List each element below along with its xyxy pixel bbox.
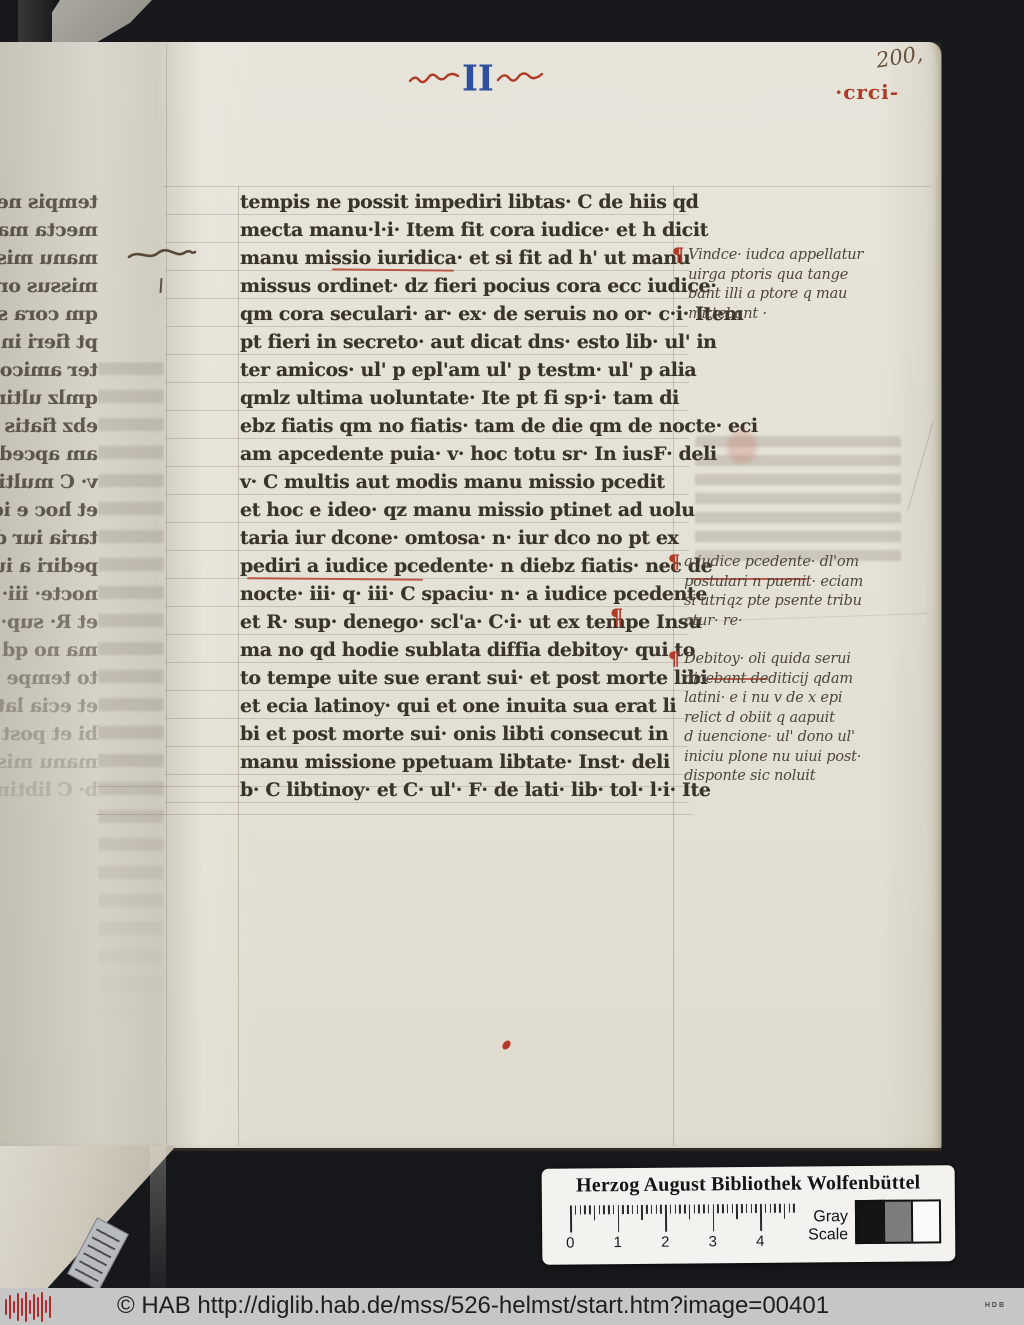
marginal-note-line: uirga ptoris qua tange [688,266,863,286]
marginal-note-line: Vindce· iudca appellatur [688,246,863,266]
manuscript-text-line: b· C libtinoy· et C· ul'· F· de lati· li… [240,776,692,804]
ruler-tick [655,1205,657,1214]
running-header: II [408,56,558,102]
ruler-tick [765,1204,767,1213]
scan-stage: tempis ne possit impediri libtas· C de h… [0,0,1024,1325]
ruler-number: 0 [563,1234,577,1251]
logo-bar [41,1292,43,1322]
ruling-line-vertical-left [238,186,239,1146]
showthrough-text-line: et R· sup· denego· scl'a· C·i· ut ex tem… [0,608,98,636]
showthrough-text-line: missus ordinet· dz fieri pocius cora ecc… [0,272,98,300]
gray-scale-label: Gray Scale [770,1208,848,1245]
marginal-note-line: Debitoy· oli quida serui [684,650,861,670]
ruler-tick [727,1204,729,1213]
ruler-tick [712,1204,714,1231]
ruler-tick [579,1205,581,1214]
ruler-tick [670,1205,672,1214]
ruler-tick [679,1205,681,1214]
marginal-note-line: disponte sic noluit [684,767,861,787]
ruler-tick [741,1204,743,1213]
adjacent-leaf-shadow [18,0,54,44]
ruler-tick [717,1204,719,1213]
ruler-tick [760,1204,762,1231]
manuscript-text-line: mecta manu·l·i· Item fit cora iudice· et… [240,216,692,244]
ruler-ticks [570,1204,800,1236]
red-ink-dot [501,1039,513,1051]
ruler-tick [632,1205,634,1214]
manuscript-text-line: am apcedente puia· v· hoc totu sr· In iu… [240,440,692,468]
showthrough-text-line: manu missione ppetuam libtate· Inst· del… [0,748,98,776]
footer-bar: © HAB http://diglib.hab.de/mss/526-helms… [0,1288,1024,1325]
ruler-number: 3 [706,1233,720,1250]
main-text-block: tempis ne possit impediri libtas· C de h… [240,188,692,804]
showthrough-text-line: am apcedente puia· v· hoc totu sr· In iu… [0,440,98,468]
marginal-note: ¶a iudice pcedente· dl'ompostulari n pue… [668,553,908,631]
ruler-tick [722,1204,724,1213]
ruling-line-extended [95,814,693,815]
adjacent-leaf-corner [52,0,152,44]
ruler-tick [755,1204,757,1213]
gray-scale-patch-white [911,1199,941,1243]
paragraph-mark: ¶ [672,246,684,265]
ruler-tick [598,1205,600,1214]
showthrough-inner-strip [98,362,164,1022]
gray-scale-patch-black [855,1200,885,1244]
ruler-tick [636,1205,638,1214]
hab-logo [5,1291,51,1322]
showthrough-text-line: et hoc e ideo· qz manu missio ptinet ad … [0,496,98,524]
ruler-tick [708,1204,710,1213]
marginal-note-line: iniciu plone nu uiui post· [684,748,861,768]
ruler-tick [750,1204,752,1213]
manuscript-text-line: tempis ne possit impediri libtas· C de h… [240,188,692,216]
manuscript-text-line: ma no qd hodie sublata diffia debitoy· q… [240,636,692,664]
logo-bar [17,1293,19,1321]
ruler-tick [613,1205,615,1214]
logo-bar [5,1299,7,1315]
ruler-tick [594,1205,596,1220]
ruler-tick [674,1205,676,1214]
ruler-tick [651,1205,653,1214]
showthrough-text-line: ter amicos· ul' p epl'am ul' p testm· ul… [0,356,98,384]
showthrough-verso-text [695,436,901,564]
manuscript-text-line: pediri a iudice pcedente· n diebz fiatis… [240,552,692,580]
marginal-note-line: d iuencione· ul' dono ul' [684,728,861,748]
showthrough-text-line: qm cora seculari· ar· ex· de seruis no o… [0,300,98,328]
reference-ruler-card: Herzog August Bibliothek Wolfenbüttel 01… [542,1165,956,1265]
manuscript-text-line: pt fieri in secreto· aut dicat dns· esto… [240,328,692,356]
ruler-tick [584,1205,586,1214]
manuscript-text-line: ebz fiatis qm no fiatis· tam de die qm d… [240,412,692,440]
ruler-number: 1 [611,1234,625,1251]
ruler-tick [570,1206,572,1233]
ruler-tick [693,1204,695,1213]
manuscript-text-line: et R· sup· denego· scl'a· C·i· ut ex tem… [240,608,692,636]
manuscript-text-line: qmlz ultima uoluntate· Ite pt fi sp·i· t… [240,384,692,412]
logo-bar [29,1300,31,1314]
manuscript-text-line: to tempe uite sue erant sui· et post mor… [240,664,692,692]
ruling-line-top [163,186,931,187]
manuscript-text-line: et hoc e ideo· qz manu missio ptinet ad … [240,496,692,524]
logo-bar [13,1301,15,1313]
manuscript-text-line: et ecia latinoy· qui et one inuita sua e… [240,692,692,720]
manuscript-text-line: manu missione ppetuam libtate· Inst· del… [240,748,692,776]
showthrough-text-line: v· C multis aut modis manu missio pcedit [0,468,98,496]
ruler-tick [731,1204,733,1213]
ruler-tick [684,1205,686,1214]
pen-mark [126,246,198,264]
ruler-tick [703,1204,705,1213]
copyright-url: © HAB http://diglib.hab.de/mss/526-helms… [117,1292,829,1320]
ruler-number: 4 [753,1233,767,1250]
manuscript-text-line: ter amicos· ul' p epl'am ul' p testm· ul… [240,356,692,384]
showthrough-text-line: bi et post morte sui· onis libti consecu… [0,720,98,748]
marginal-note-text: Debitoy· oli quida seruidicebant deditic… [684,650,861,787]
ruler-tick [689,1205,691,1220]
manuscript-text-line: missus ordinet· dz fieri pocius cora ecc… [240,272,692,300]
ruler-tick [698,1204,700,1213]
ruler-tick [641,1205,643,1220]
ruler-tick [736,1204,738,1219]
gray-scale-patch-gray [883,1200,913,1244]
ruler-tick [660,1205,662,1214]
showthrough-text-line: to tempe uite sue erant sui· et post mor… [0,664,98,692]
red-flourish-right [496,68,544,90]
manuscript-text-line: qm cora seculari· ar· ex· de seruis no o… [240,300,692,328]
marginal-note-line: mittebant · [688,305,863,325]
logo-bar [45,1300,47,1313]
logo-bar [49,1296,51,1318]
ruler-tick [603,1205,605,1214]
running-header-numeral: II [462,61,494,97]
paragraph-mark: ¶ [668,553,680,572]
marginal-note-line: dicebant dediticij qdam [684,670,861,690]
showthrough-text-line: nocte· iii· q· iii· C spaciu· n· a iudic… [0,580,98,608]
showthrough-text-line: tempis ne possit impediri libtas· C de h… [0,188,98,216]
marginal-note-line: relict d obiit q aapuit [684,709,861,729]
ruler-tick [627,1205,629,1214]
showthrough-text-line: mecta manu·l·i· Item fit cora iudice· et… [0,216,98,244]
ruler-tick [665,1205,667,1232]
marginal-note: ¶Vindce· iudca appellaturuirga ptoris qu… [672,246,912,324]
marginal-note: ¶Debitoy· oli quida seruidicebant dediti… [668,650,908,787]
manuscript-text-line: v· C multis aut modis manu missio pcedit [240,468,692,496]
manuscript-text-line: manu missio iuridica· et si fit ad h' ut… [240,244,692,272]
marginal-note-text: a iudice pcedente· dl'ompostulari n puen… [684,553,863,631]
showthrough-text-line: ebz fiatis qm no fiatis· tam de die qm d… [0,412,98,440]
ruler-tick [622,1205,624,1214]
marginal-note-line: latini· e i nu v de x epi [684,689,861,709]
showthrough-text-line: pt fieri in secreto· aut dicat dns· esto… [0,328,98,356]
paragraph-mark: ¶ [668,650,680,669]
fold-crease-line [166,44,167,1144]
marginal-note-line: si utriqz pte psente tribu [684,592,863,612]
marginal-note-text: Vindce· iudca appellaturuirga ptoris qua… [688,246,863,324]
marginal-note-line: postulari n puenit· eciam [684,573,863,593]
marginal-note-line: bant illi a ptore q mau [688,285,863,305]
manuscript-text-line: nocte· iii· q· iii· C spaciu· n· a iudic… [240,580,692,608]
manuscript-page: tempis ne possit impediri libtas· C de h… [0,42,942,1148]
showthrough-text-line: taria iur dcone· omtosa· n· iur dco no p… [0,524,98,552]
ruler-tick [575,1206,577,1215]
light-streak [150,1146,166,1288]
logo-bar [37,1297,39,1317]
showthrough-text-line: b· C libtinoy· et C· ul'· F· de lati· li… [0,776,98,804]
ruler-tick [589,1205,591,1214]
ruler-tick [646,1205,648,1214]
showthrough-text-line: pediri a iudice pcedente· n diebz fiatis… [0,552,98,580]
folio-number-roman: ·crci- [835,80,899,104]
showthrough-text-line: et ecia latinoy· qui et one inuita sua e… [0,692,98,720]
ruler-tick [746,1204,748,1213]
ruler-tick [617,1205,619,1232]
red-flourish-left [408,68,460,90]
gray-scale-patches [857,1199,941,1244]
ruler-tick [608,1205,610,1214]
logo-bar [9,1295,11,1319]
showthrough-text-line: manu missio iuridica· et si fit ad h' ut… [0,244,98,272]
manuscript-text-line: taria iur dcone· omtosa· n· iur dco no p… [240,524,692,552]
corner-mark: HDB [985,1302,1006,1309]
library-name: Herzog August Bibliothek Wolfenbüttel [542,1171,955,1198]
showthrough-text-strip: tempis ne possit impediri libtas· C de h… [0,188,98,888]
manuscript-text-line: bi et post morte sui· onis libti consecu… [240,720,692,748]
logo-bar [25,1292,27,1322]
logo-bar [33,1294,35,1320]
ruler-number: 2 [658,1234,672,1251]
showthrough-text-line: ma no qd hodie sublata diffia debitoy· q… [0,636,98,664]
logo-bar [21,1298,23,1316]
showthrough-text-line: qmlz ultima uoluntate· Ite pt fi sp·i· t… [0,384,98,412]
ruler-numbers: 01234 [570,1233,800,1255]
paragraph-mark: ¶ [610,604,623,629]
